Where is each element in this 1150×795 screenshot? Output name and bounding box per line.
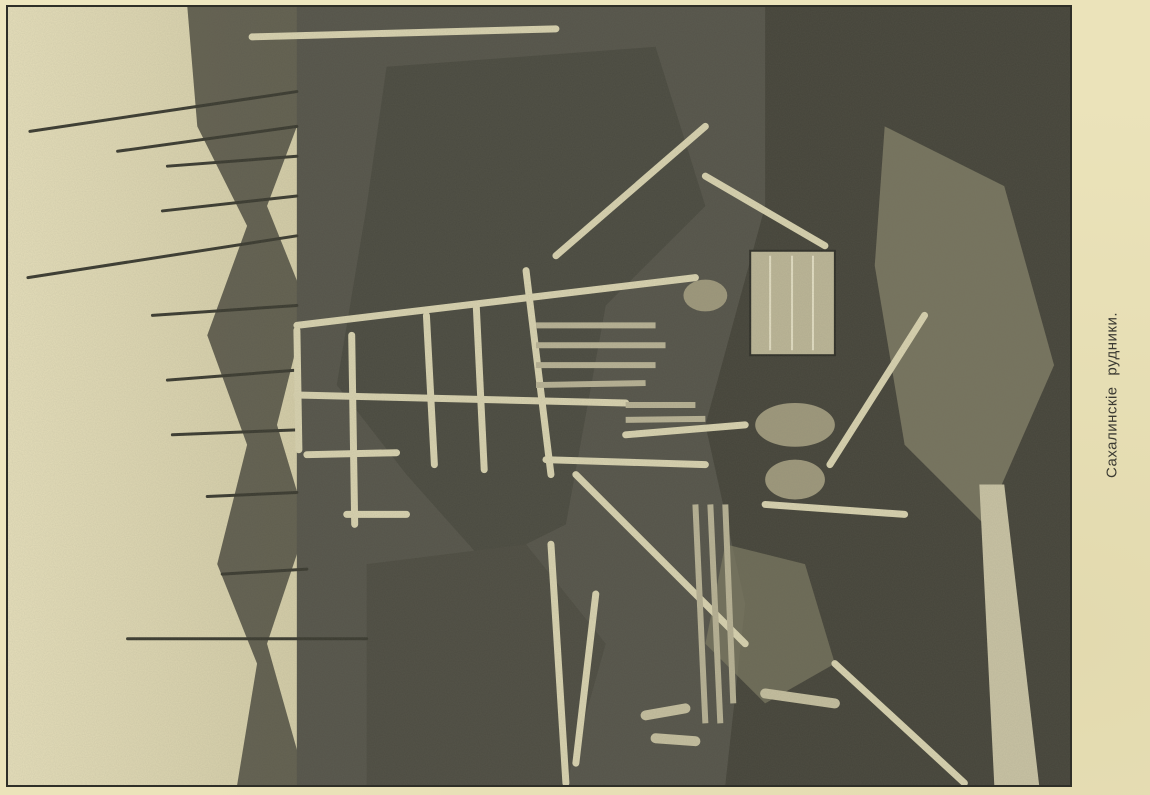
document-page: Сахалинскіе рудники. <box>0 0 1150 795</box>
figure-caption: Сахалинскіе рудники. <box>1104 312 1121 478</box>
photo-illustration <box>8 7 1070 785</box>
mine-photograph <box>6 5 1072 787</box>
